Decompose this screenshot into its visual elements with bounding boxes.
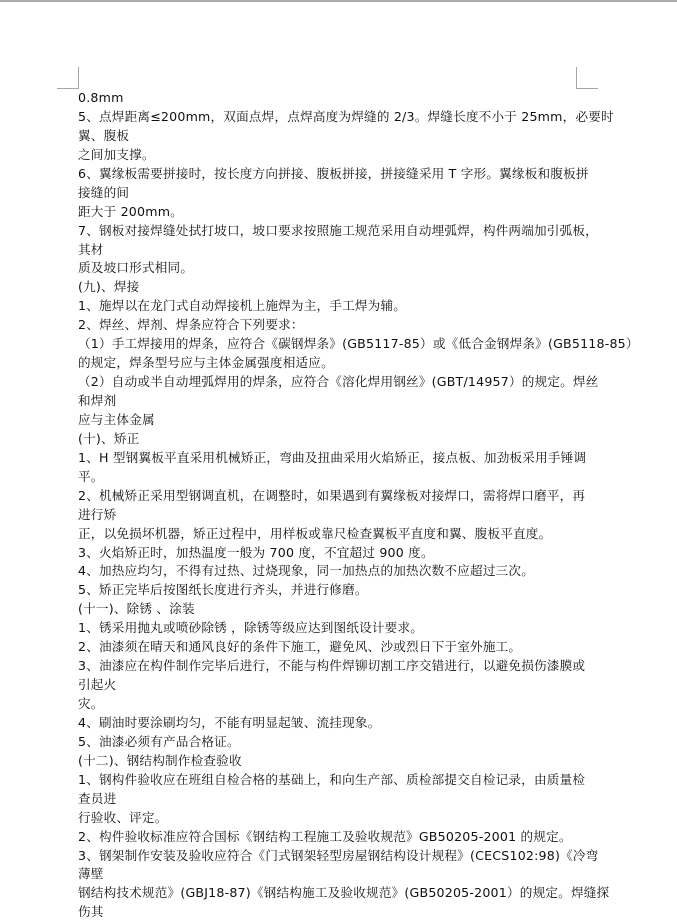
document-text-line: 4、加热应均匀，不得有过热、过烧现象，同一加热点的加热次数不应超过三次。	[78, 562, 598, 581]
document-text-line: (九)、焊接	[78, 278, 598, 297]
document-text-line: (十二)、钢结构制作检查验收	[78, 752, 598, 771]
document-text-line: 3、火焰矫正时，加热温度一般为 700 度，不宜超过 900 度。	[78, 544, 598, 563]
document-text-line: 灾。	[78, 695, 598, 714]
document-text-line: 1、钢构件验收应在班组自检合格的基础上，和向生产部、质检部提交自检记录，由质量检	[78, 771, 598, 790]
document-text-line: 3、油漆应在构件制作完毕后进行，不能与构件焊铆切割工序交错进行，以避免损伤漆膜或	[78, 657, 598, 676]
document-text-line: 薄壁	[78, 865, 598, 884]
document-text-line: 1、锈采用抛丸或喷砂除锈 ，除锈等级应达到图纸设计要求。	[78, 619, 598, 638]
document-text-line: 5、油漆必须有产品合格证。	[78, 733, 598, 752]
document-text-line: 距大于 200mm。	[78, 203, 598, 222]
document-text-line: 2、油漆须在晴天和通风良好的条件下施工，避免风、沙或烈日下于室外施工。	[78, 638, 598, 657]
page-corner-mark-right-vertical	[576, 67, 577, 89]
document-text-line: 0.8mm	[78, 89, 598, 108]
document-text-line: 7、钢板对接焊缝处拭打坡口，坡口要求按照施工规范采用自动埋弧焊，构件两端加引弧板…	[78, 222, 598, 241]
document-text-line: 3、钢架制作安装及验收应符合《门式钢架轻型房屋钢结构设计规程》(CECS102:…	[78, 847, 598, 866]
document-text-line: 应与主体金属	[78, 411, 598, 430]
document-text-line: 6、翼缘板需要拼接时，按长度方向拼接、腹板拼接，拼接缝采用 T 字形。翼缘板和腹…	[78, 165, 598, 184]
document-text-line: 质及坡口形式相同。	[78, 259, 598, 278]
document-text-line: 钢结构技术规范》(GBJ18-87)《钢结构施工及验收规范》(GB50205-2…	[78, 884, 598, 903]
window-top-border	[0, 0, 677, 2]
document-text-line: 查员进	[78, 790, 598, 809]
document-text-line: 和焊剂	[78, 392, 598, 411]
document-text-line: 的规定，焊条型号应与主体金属强度相适应。	[78, 354, 598, 373]
document-text-line: 行验收、评定。	[78, 809, 598, 828]
document-text-line: 其材	[78, 241, 598, 260]
document-text-line: 进行矫	[78, 506, 598, 525]
document-body[interactable]: 0.8mm5、点焊距离≤200mm，双面点焊，点焊高度为焊缝的 2/3。焊缝长度…	[78, 89, 598, 922]
document-text-line: 5、矫正完毕后按图纸长度进行齐头，并进行修磨。	[78, 581, 598, 600]
page-corner-mark-left-vertical	[78, 67, 79, 89]
document-text-line: (十一)、除锈 、涂装	[78, 600, 598, 619]
document-text-line: 5、点焊距离≤200mm，双面点焊，点焊高度为焊缝的 2/3。焊缝长度不小于 2…	[78, 108, 598, 127]
document-text-line: 接缝的间	[78, 184, 598, 203]
document-text-line: 2、机械矫正采用型钢调直机，在调整时，如果遇到有翼缘板对接焊口，需将焊口磨平，再	[78, 487, 598, 506]
document-text-line: 2、焊丝、焊剂、焊条应符合下列要求：	[78, 316, 598, 335]
document-text-line: 引起火	[78, 676, 598, 695]
document-text-line: （1）手工焊接用的焊条，应符合《碳钢焊条》(GB5117-85）或《低合金钢焊条…	[78, 335, 598, 354]
document-text-line: 1、施焊以在龙门式自动焊接机上施焊为主，手工焊为辅。	[78, 297, 598, 316]
document-text-line: 4、刷油时要涂刷均匀，不能有明显起皱、流挂现象。	[78, 714, 598, 733]
document-text-line: 伤其	[78, 903, 598, 922]
document-text-line: 2、构件验收标准应符合国标《钢结构工程施工及验收规范》GB50205-2001 …	[78, 828, 598, 847]
page-corner-mark-left-horizontal	[57, 88, 79, 89]
document-text-line: 正，以免损坏机器，矫正过程中，用样板或靠尺检查翼板平直度和翼、腹板平直度。	[78, 525, 598, 544]
document-text-line: 翼、腹板	[78, 127, 598, 146]
document-text-line: 平。	[78, 468, 598, 487]
document-text-line: (十)、矫正	[78, 430, 598, 449]
document-text-line: （2）自动或半自动埋弧焊用的焊条，应符合《溶化焊用钢丝》(GBT/14957）的…	[78, 373, 598, 392]
document-text-line: 之间加支撑。	[78, 146, 598, 165]
document-text-line: 1、H 型钢翼板平直采用机械矫正，弯曲及扭曲采用火焰矫正，接点板、加劲板采用手锤…	[78, 449, 598, 468]
